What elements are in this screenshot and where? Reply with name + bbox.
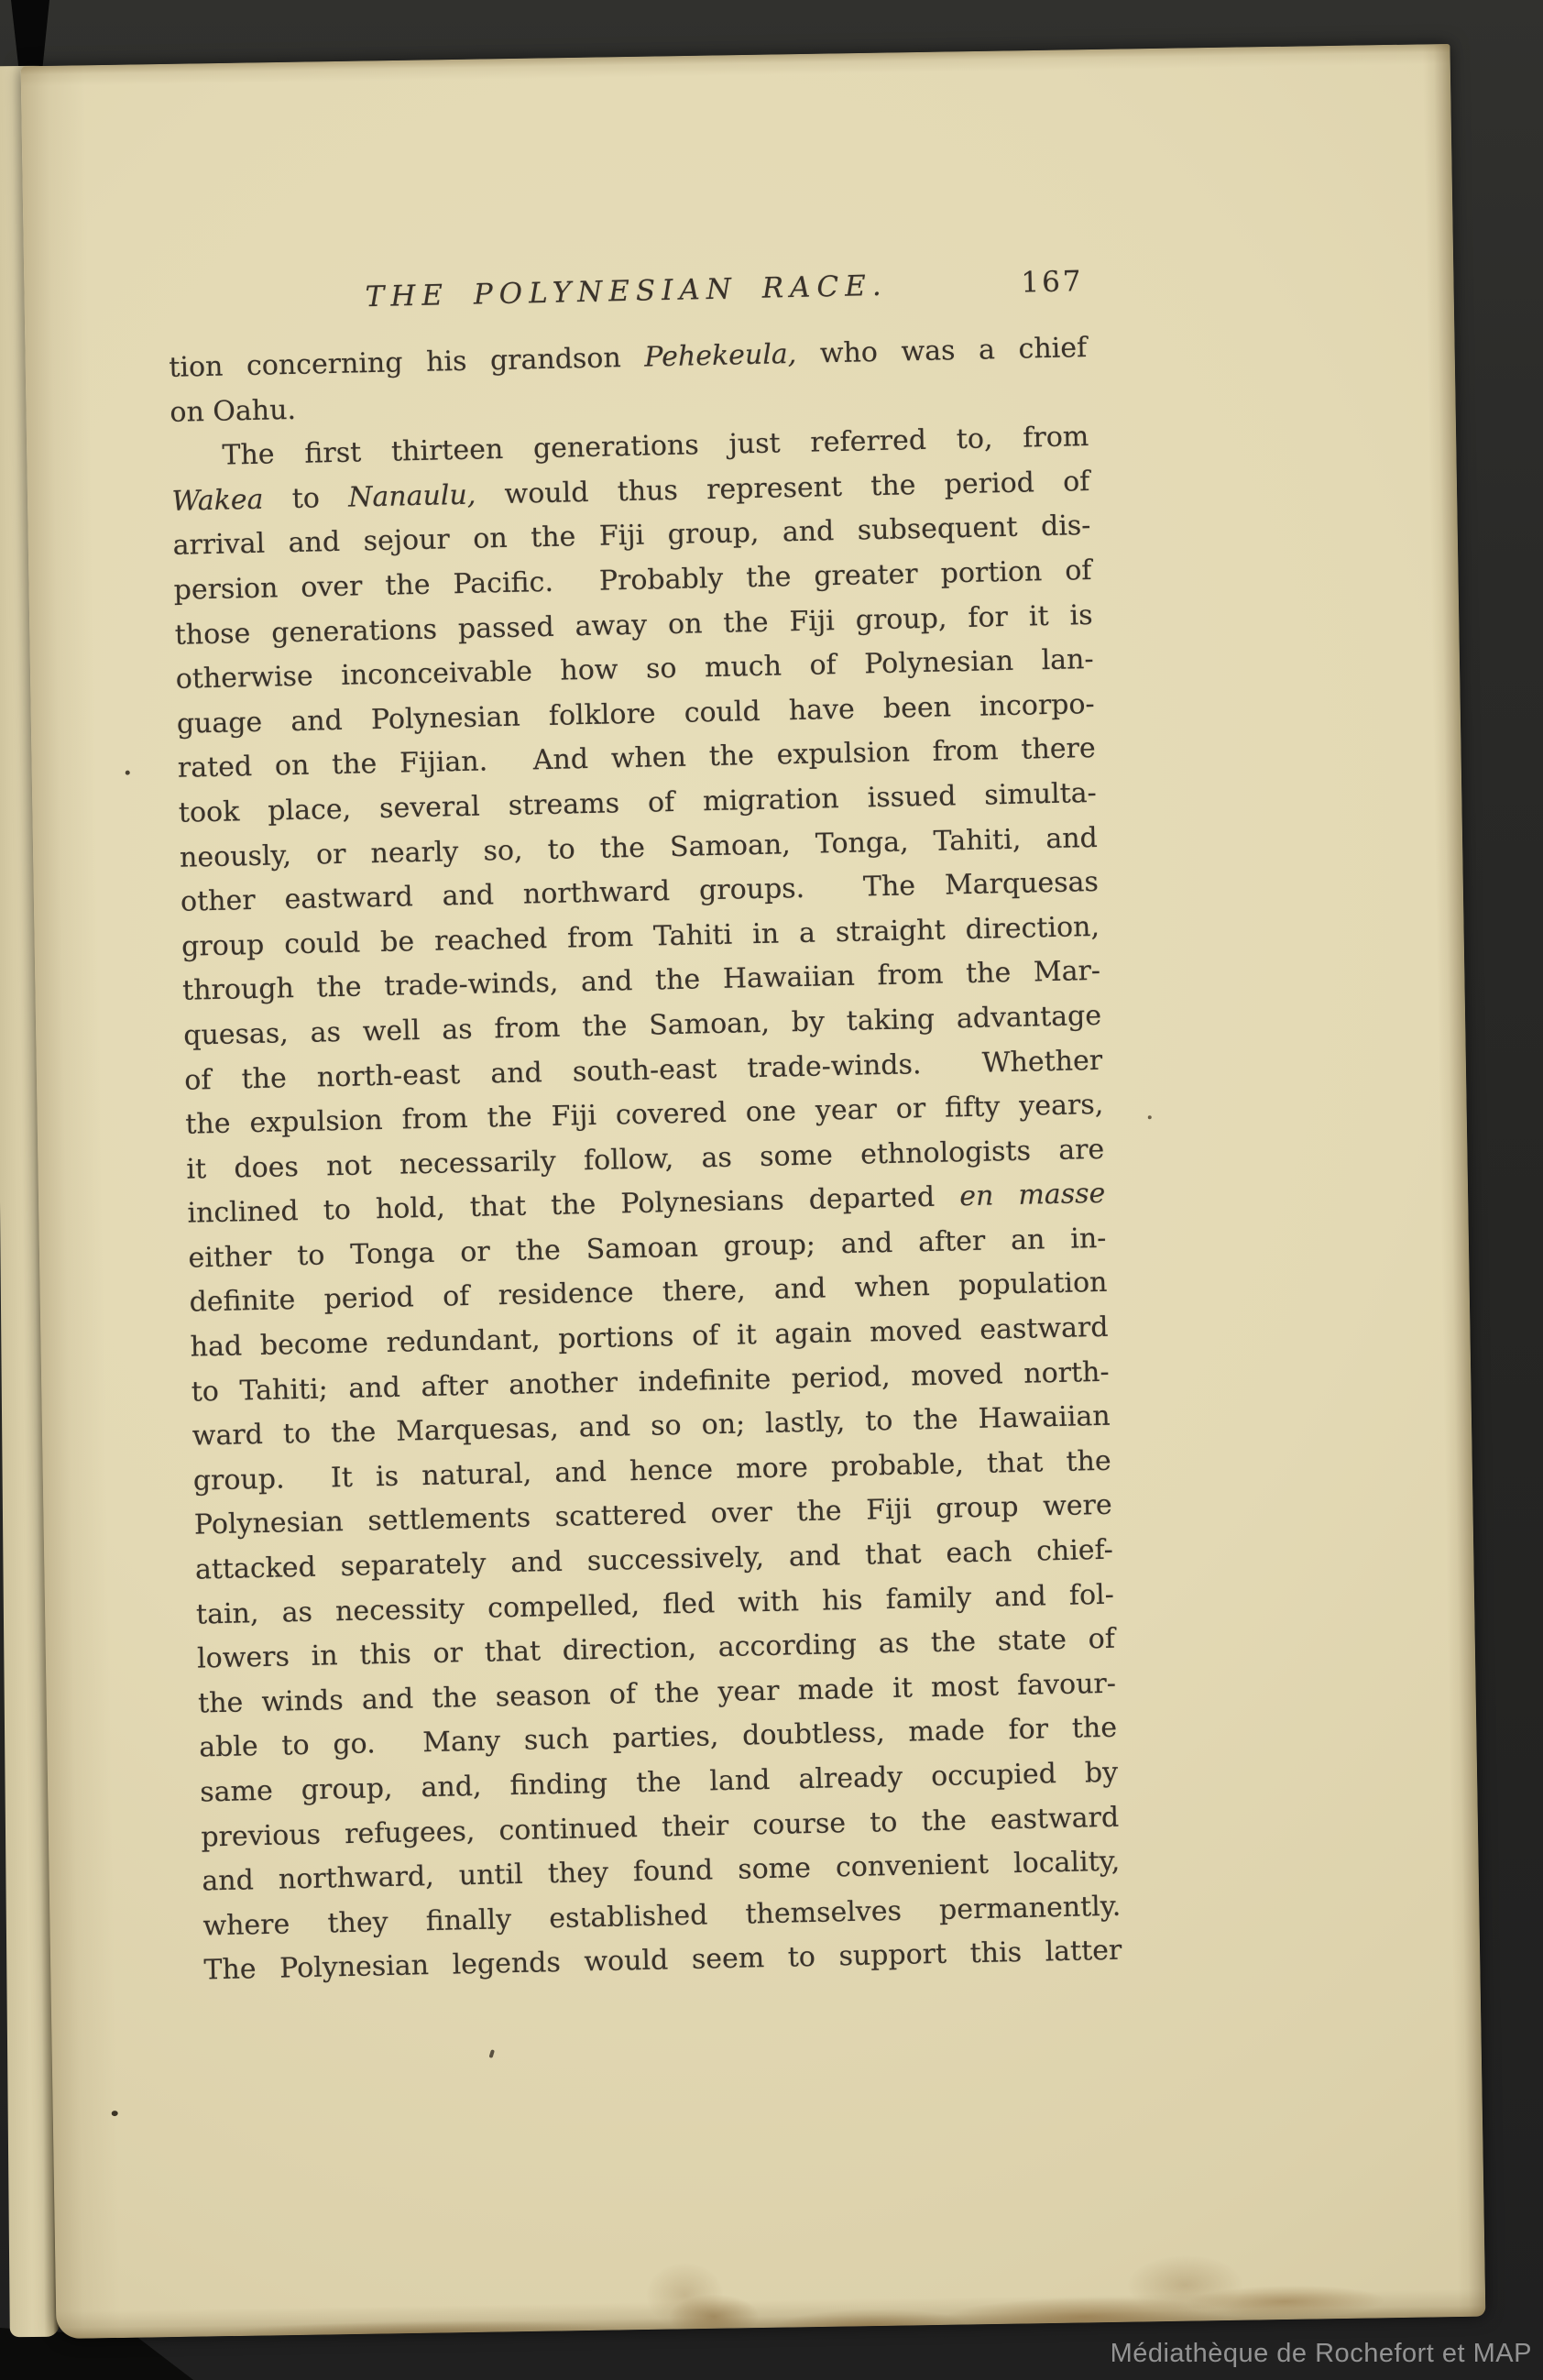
scan-viewport: THE POLYNESIAN RACE. 167 tion concerning… bbox=[0, 0, 1543, 2380]
book-page: THE POLYNESIAN RACE. 167 tion concerning… bbox=[21, 44, 1486, 2339]
italic-name: Wakea bbox=[171, 483, 264, 517]
header-title: THE POLYNESIAN RACE. bbox=[365, 269, 888, 313]
scan-speck bbox=[489, 2049, 495, 2058]
page-number: 167 bbox=[1021, 262, 1084, 302]
page-text: THE POLYNESIAN RACE. 167 tion concerning… bbox=[167, 262, 1122, 1993]
body-lines: tion concerning his grandson Pehekeula, … bbox=[169, 326, 1122, 1993]
binding-shadow bbox=[11, 0, 49, 75]
italic-name: en masse bbox=[959, 1178, 1106, 1212]
scan-speck bbox=[112, 2111, 118, 2116]
watermark: Médiathèque de Rochefort et MAP bbox=[1111, 2339, 1532, 2369]
italic-name: Pehekeula, bbox=[644, 338, 797, 374]
scan-speck bbox=[126, 771, 130, 775]
italic-name: Nanaulu, bbox=[348, 478, 476, 513]
bottom-edge-stains bbox=[55, 2216, 1486, 2339]
scan-speck bbox=[1148, 1115, 1152, 1119]
running-header: THE POLYNESIAN RACE. 167 bbox=[167, 262, 1086, 321]
